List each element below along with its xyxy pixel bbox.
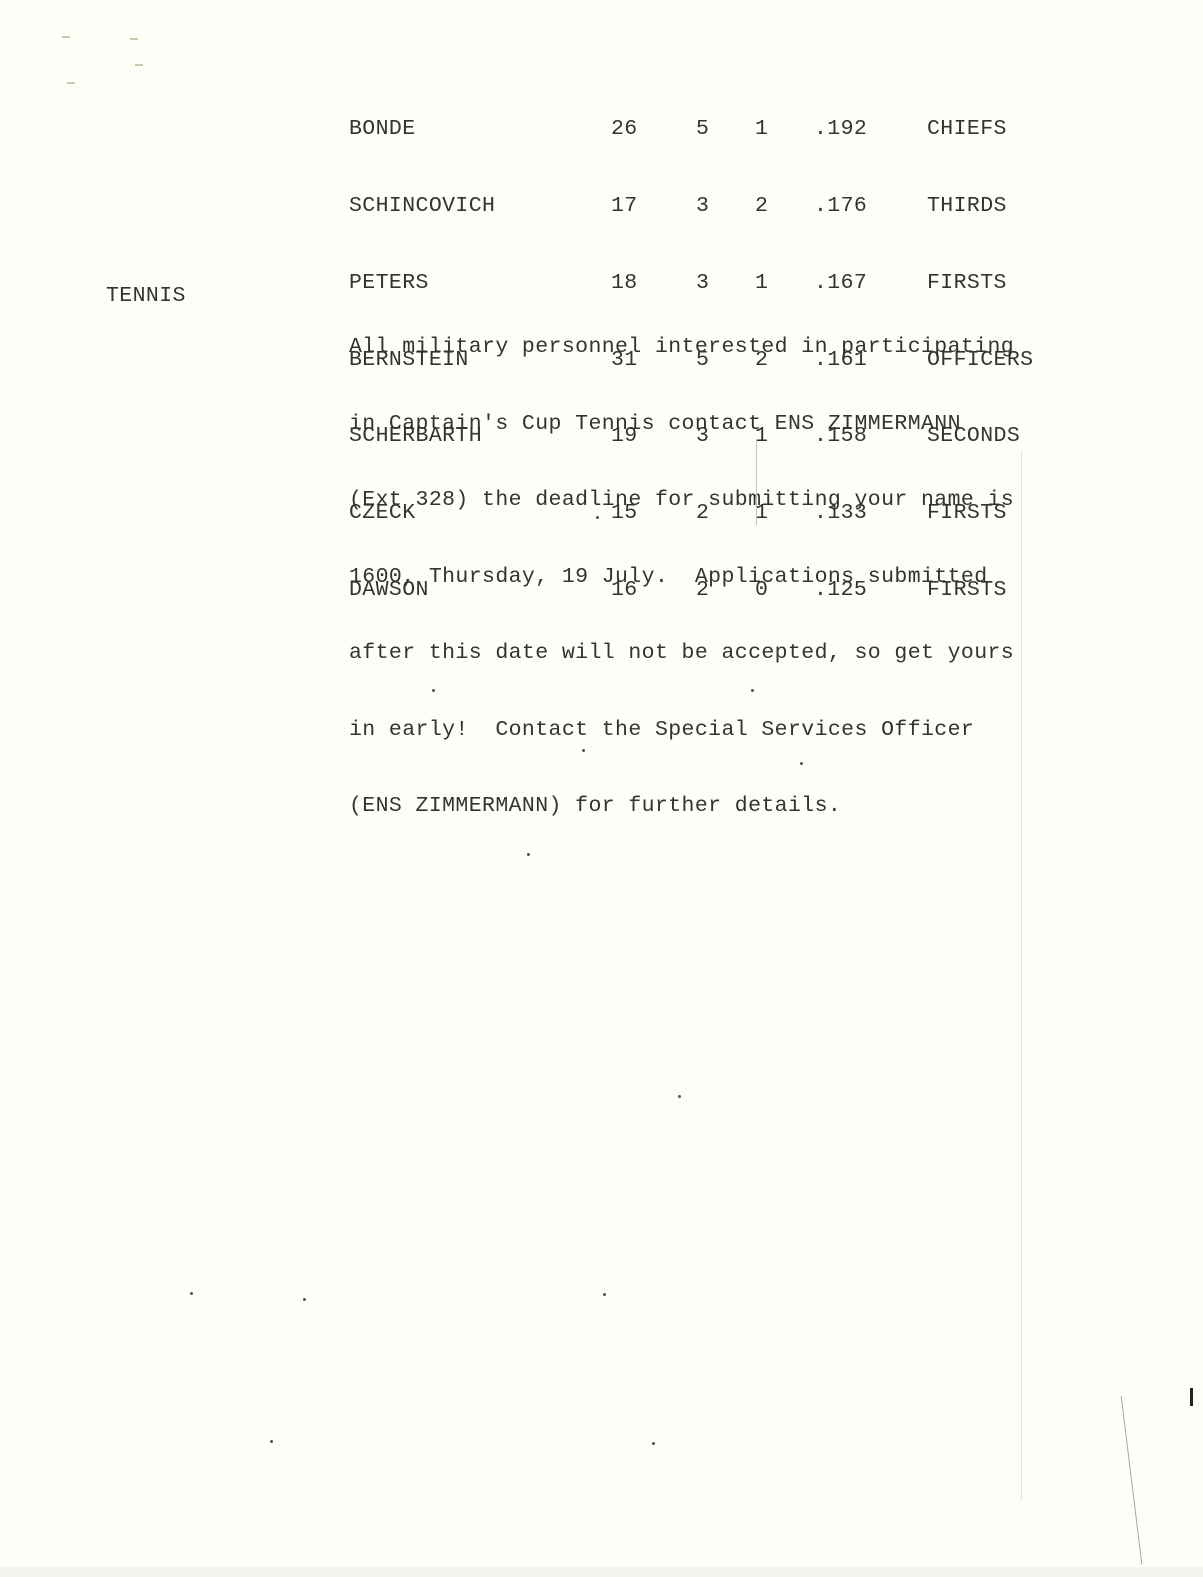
- fold-line: [1121, 1396, 1143, 1565]
- speck: [596, 516, 599, 519]
- announcement-line: in early! Contact the Special Services O…: [349, 718, 1014, 743]
- table-row: SCHINCOVICH 17 3 2 .176 THIRDS: [349, 194, 429, 220]
- speck: [190, 1292, 193, 1295]
- speck: [678, 1095, 681, 1098]
- scan-mark: [67, 82, 75, 84]
- speck: [751, 689, 754, 692]
- rbi: 2: [755, 194, 768, 220]
- player-name: SCHINCOVICH: [349, 194, 495, 220]
- announcement-line: (ENS ZIMMERMANN) for further details.: [349, 794, 1014, 819]
- at-bats: 17: [611, 194, 638, 220]
- scan-mark: [62, 36, 70, 38]
- speck: [432, 689, 435, 692]
- fold-line: [756, 440, 757, 525]
- at-bats: 26: [611, 117, 638, 143]
- speck: [582, 749, 585, 752]
- page-bottom-edge: [0, 1567, 1203, 1577]
- hits: 3: [696, 194, 709, 220]
- document-page: BONDE 26 5 1 .192 CHIEFS SCHINCOVICH 17 …: [0, 0, 1203, 1577]
- announcement-line: after this date will not be accepted, so…: [349, 641, 1014, 666]
- average: .176: [814, 194, 867, 220]
- fold-line: [1021, 450, 1022, 1500]
- speck: [652, 1442, 655, 1445]
- team: THIRDS: [927, 194, 1007, 220]
- speck: [270, 1440, 273, 1443]
- speck: [527, 853, 530, 856]
- team: CHIEFS: [927, 117, 1007, 143]
- speck: [800, 762, 803, 765]
- section-heading-tennis: TENNIS: [106, 284, 186, 310]
- announcement-line: (Ext 328) the deadline for submitting yo…: [349, 488, 1014, 513]
- announcement-line: in Captain's Cup Tennis contact ENS ZIMM…: [349, 412, 1014, 437]
- average: .192: [814, 117, 867, 143]
- announcement-line: All military personnel interested in par…: [349, 335, 1014, 360]
- table-row: BONDE 26 5 1 .192 CHIEFS: [349, 117, 429, 143]
- scan-mark: [130, 38, 138, 40]
- speck: [603, 1293, 606, 1296]
- hits: 5: [696, 117, 709, 143]
- speck: [303, 1298, 306, 1301]
- tennis-announcement: All military personnel interested in par…: [349, 284, 1014, 871]
- announcement-line: 1600, Thursday, 19 July. Applications su…: [349, 565, 1014, 590]
- scan-mark: [1190, 1388, 1193, 1406]
- player-name: BONDE: [349, 117, 416, 143]
- scan-mark: [135, 64, 143, 66]
- rbi: 1: [755, 117, 768, 143]
